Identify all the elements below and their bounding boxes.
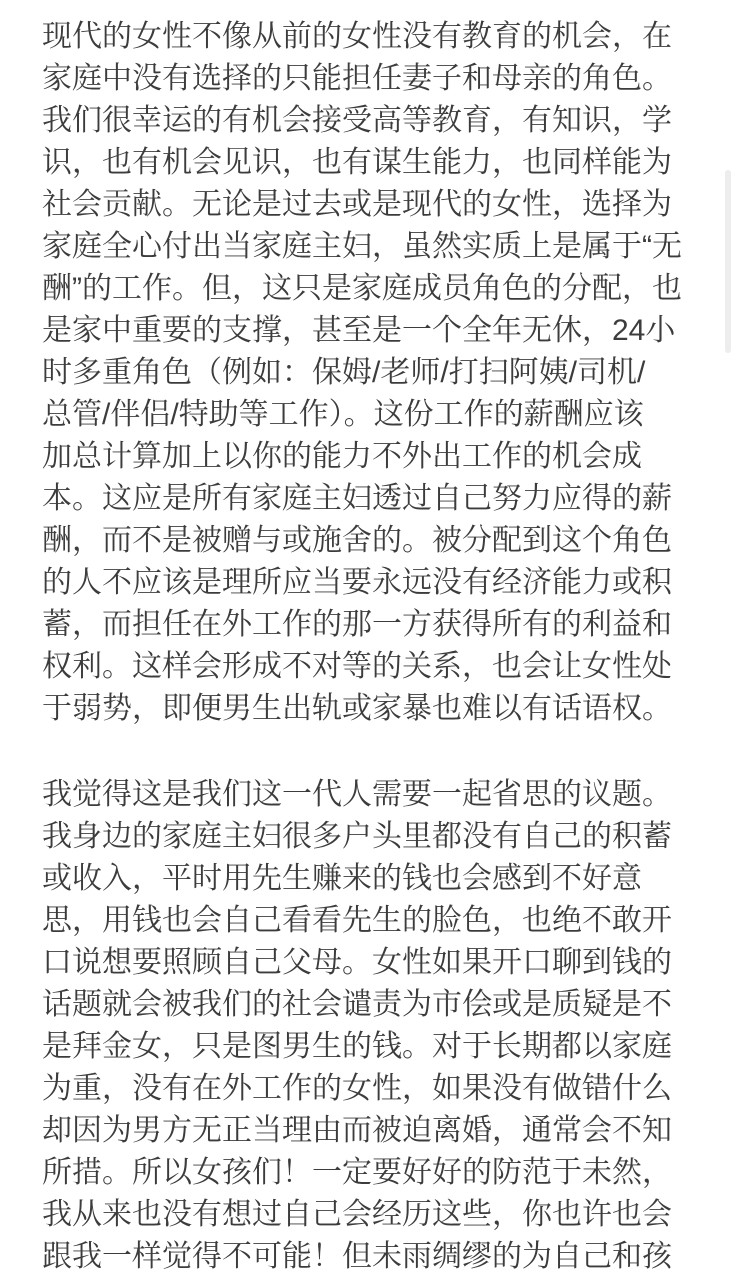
- text-line: 是拜金女，只是图男生的钱。对于长期都以家庭: [42, 1026, 710, 1068]
- text-line: 话题就会被我们的社会谴责为市侩或是质疑是不: [42, 984, 710, 1026]
- text-line: 于弱势，即便男生出轨或家暴也难以有话语权。: [42, 688, 710, 730]
- text-line: 我从来也没有想过自己会经历这些，你也许也会: [42, 1194, 710, 1236]
- text-line: 蓄，而担任在外工作的那一方获得所有的利益和: [42, 604, 710, 646]
- text-line: 酬，而不是被赠与或施舍的。被分配到这个角色: [42, 520, 710, 562]
- text-line: 酬”的工作。但，这只是家庭成员角色的分配，也: [42, 268, 710, 310]
- text-line: 我觉得这是我们这一代人需要一起省思的议题。: [42, 774, 710, 816]
- text-line: 我们很幸运的有机会接受高等教育，有知识，学: [42, 100, 710, 142]
- text-line: 或收入，平时用先生赚来的钱也会感到不好意: [42, 858, 710, 900]
- text-line: 却因为男方无正当理由而被迫离婚，通常会不知: [42, 1110, 710, 1152]
- article-text: 现代的女性不像从前的女性没有教育的机会，在家庭中没有选择的只能担任妻子和母亲的角…: [42, 16, 710, 1278]
- text-line: 我身边的家庭主妇很多户头里都没有自己的积蓄: [42, 816, 710, 858]
- paragraph: 我觉得这是我们这一代人需要一起省思的议题。我身边的家庭主妇很多户头里都没有自己的…: [42, 774, 710, 1278]
- text-line: 家庭中没有选择的只能担任妻子和母亲的角色。: [42, 58, 710, 100]
- paragraph: 现代的女性不像从前的女性没有教育的机会，在家庭中没有选择的只能担任妻子和母亲的角…: [42, 16, 710, 730]
- text-line: 总管/伴侣/特助等工作）。这份工作的薪酬应该: [42, 394, 710, 436]
- text-line: 识，也有机会见识，也有谋生能力，也同样能为: [42, 142, 710, 184]
- text-line: 现代的女性不像从前的女性没有教育的机会，在: [42, 16, 710, 58]
- text-line: 为重，没有在外工作的女性，如果没有做错什么: [42, 1068, 710, 1110]
- text-line: 权利。这样会形成不对等的关系，也会让女性处: [42, 646, 710, 688]
- text-line: 口说想要照顾自己父母。女性如果开口聊到钱的: [42, 942, 710, 984]
- article-page: 现代的女性不像从前的女性没有教育的机会，在家庭中没有选择的只能担任妻子和母亲的角…: [0, 0, 739, 1280]
- text-line: 加总计算加上以你的能力不外出工作的机会成: [42, 436, 710, 478]
- text-line: 思，用钱也会自己看看先生的脸色，也绝不敢开: [42, 900, 710, 942]
- text-line: 的人不应该是理所应当要永远没有经济能力或积: [42, 562, 710, 604]
- text-line: 时多重角色（例如：保姆/老师/打扫阿姨/司机/: [42, 352, 710, 394]
- text-line: 所措。所以女孩们！一定要好好的防范于未然，: [42, 1152, 710, 1194]
- text-line: 是家中重要的支撑，甚至是一个全年无休，24小: [42, 310, 710, 352]
- text-line: 社会贡献。无论是过去或是现代的女性，选择为: [42, 184, 710, 226]
- text-line: 本。这应是所有家庭主妇透过自己努力应得的薪: [42, 478, 710, 520]
- text-line: 跟我一样觉得不可能！但未雨绸缪的为自己和孩: [42, 1236, 710, 1278]
- scrollbar-thumb[interactable]: [725, 170, 731, 353]
- text-line: 家庭全心付出当家庭主妇，虽然实质上是属于“无: [42, 226, 710, 268]
